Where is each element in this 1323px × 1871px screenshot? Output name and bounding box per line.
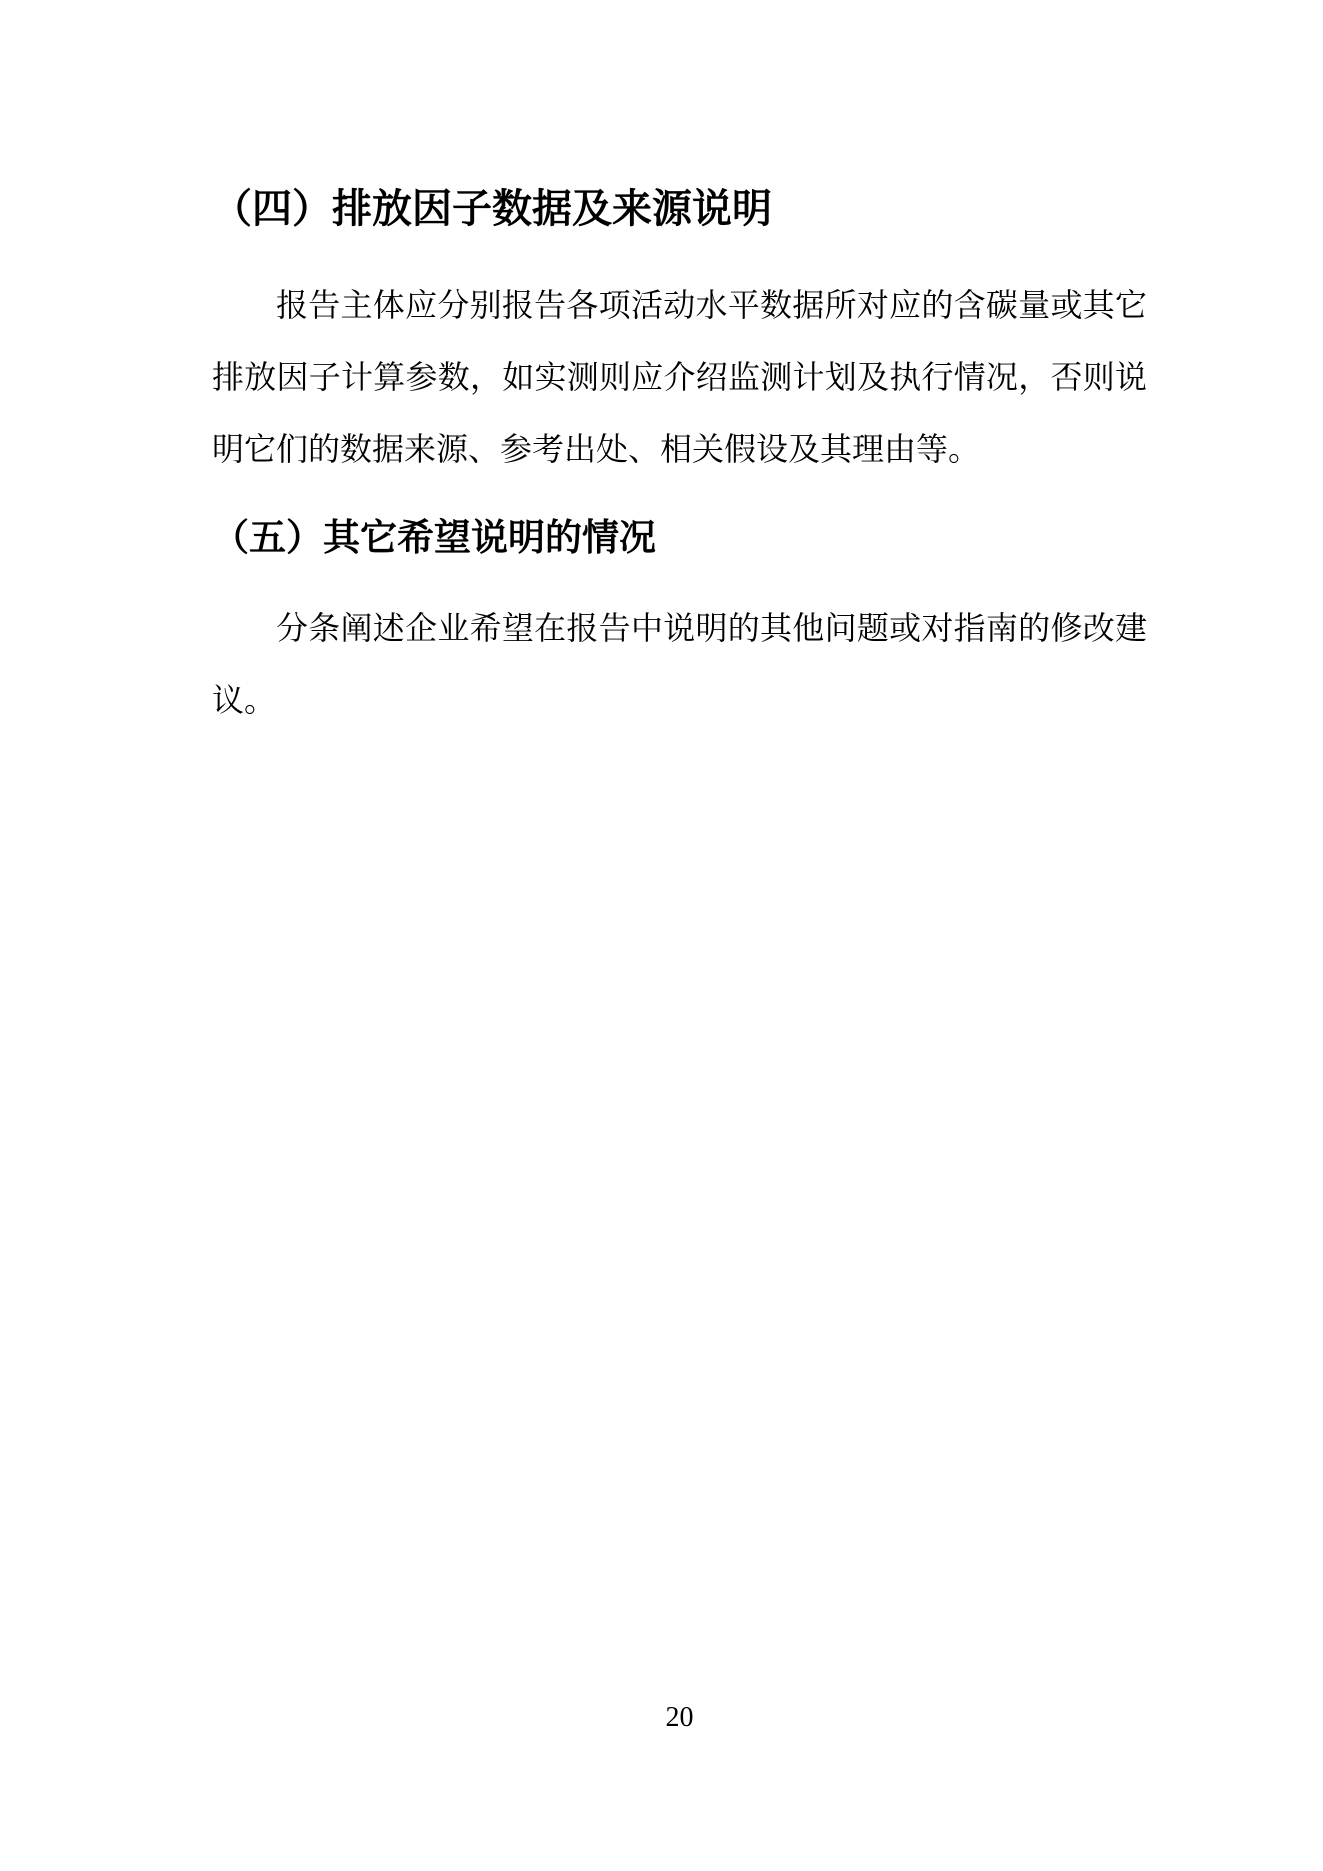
page-number: 20	[212, 1700, 1147, 1736]
document-content: （四）排放因子数据及来源说明 报告主体应分别报告各项活动水平数据所对应的含碳量或…	[212, 0, 1147, 736]
section-heading-5: （五）其它希望说明的情况	[212, 512, 1147, 564]
document-page: （四）排放因子数据及来源说明 报告主体应分别报告各项活动水平数据所对应的含碳量或…	[0, 0, 1323, 1871]
section-heading-4: （四）排放因子数据及来源说明	[212, 183, 1147, 235]
section-paragraph-4: 报告主体应分别报告各项活动水平数据所对应的含碳量或其它排放因子计算参数，如实测则…	[212, 269, 1147, 485]
section-paragraph-5: 分条阐述企业希望在报告中说明的其他问题或对指南的修改建议。	[212, 592, 1147, 736]
